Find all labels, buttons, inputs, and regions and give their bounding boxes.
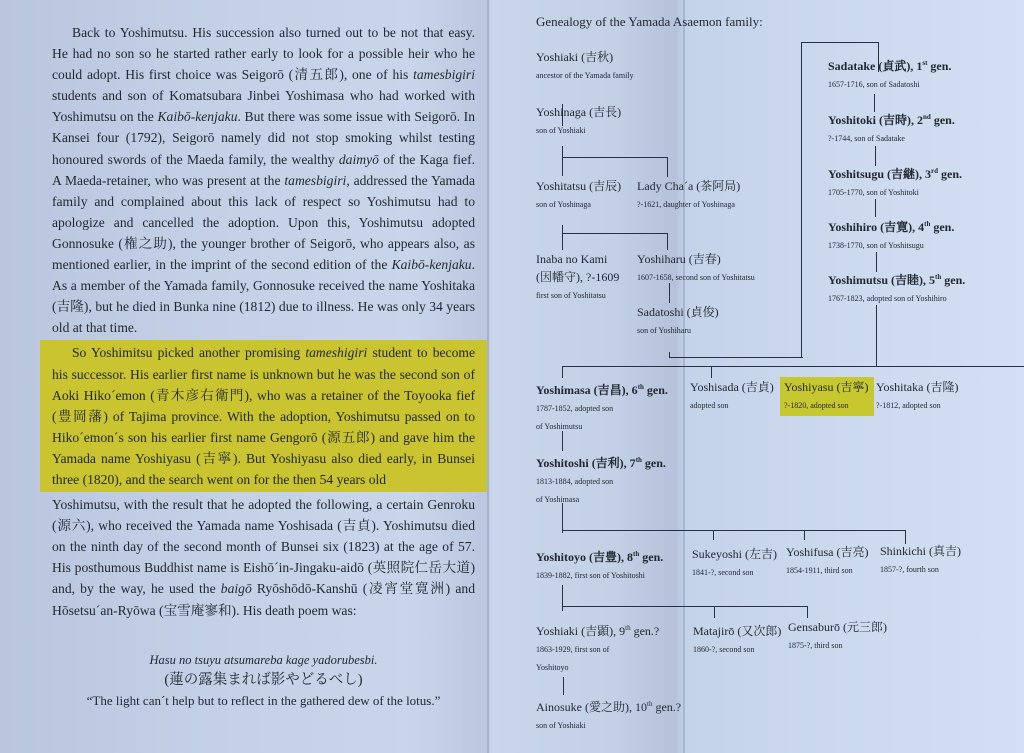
node-name-line2: (因幡守), ?-1609 <box>536 270 619 285</box>
node-shinkichi: Shinkichi (真吉) 1857-?, fourth son <box>880 544 961 576</box>
node-name: Yoshitaka (吉隆) <box>876 380 958 395</box>
node-matajiro: Matajirō (又次郎) 1860-?, second son <box>693 624 781 656</box>
node-yoshitatsu: Yoshitatsu (吉辰) son of Yoshinaga <box>536 179 621 211</box>
gen-label: gen. <box>642 456 666 470</box>
gen-label: gen. <box>644 383 668 397</box>
ordinal: nd <box>923 113 931 121</box>
node-desc: 1813-1884, adopted son <box>536 476 666 488</box>
ordinal: rd <box>931 167 938 175</box>
node-yoshimutsu: Yoshimutsu (吉睦), 5th gen. 1767-1823, ado… <box>828 270 965 305</box>
node-desc: 1839-1882, first son of Yoshitoshi <box>536 570 663 582</box>
node-yoshihiro: Yoshihiro (吉寛), 4th gen. 1738-1770, son … <box>828 217 954 252</box>
node-name: Gensaburō (元三郎) <box>788 620 887 635</box>
node-desc: ?-1820, adopted son <box>784 400 868 412</box>
node-name: Yoshifusa (吉亮) <box>786 545 868 560</box>
node-desc-line2: of Yoshimasa <box>536 494 666 506</box>
node-yoshiharu: Yoshiharu (吉春) 1607-1658, second son of … <box>637 252 755 284</box>
node-desc: 1705-1770, son of Yoshitoki <box>828 187 962 199</box>
node-name: Yoshitoki (吉時), 2 <box>828 113 923 127</box>
node-name: Ainosuke (愛之助), 10 <box>536 700 647 714</box>
node-gensaburo: Gensaburō (元三郎) 1875-?, third son <box>788 620 887 652</box>
node-desc-line2: Yoshitoyo <box>536 662 659 674</box>
node-desc: 1607-1658, second son of Yoshitatsu <box>637 272 755 284</box>
node-name: Sadatake (貞武), 1 <box>828 59 922 73</box>
node-desc: 1767-1823, adopted son of Yoshihiro <box>828 293 965 305</box>
node-desc: 1875-?, third son <box>788 640 887 652</box>
node-desc: ?-1812, adopted son <box>876 400 958 412</box>
node-name: Yoshiaki (吉秋) <box>536 50 634 65</box>
node-desc: son of Yoshiaki <box>536 125 621 137</box>
node-name: Yoshiharu (吉春) <box>637 252 755 267</box>
genealogy-title: Genealogy of the Yamada Asaemon family: <box>536 14 763 30</box>
node-desc: ancestor of the Yamada family <box>536 70 634 82</box>
node-desc: 1841-?, second son <box>692 567 777 579</box>
node-name: Sadatoshi (貞俊) <box>637 305 719 320</box>
node-yoshisada: Yoshisada (吉貞) adopted son <box>690 380 774 412</box>
node-yoshimasa: Yoshimasa (吉昌), 6th gen. 1787-1852, adop… <box>536 380 668 433</box>
genealogy-chart: Genealogy of the Yamada Asaemon family: … <box>0 0 1024 753</box>
node-name: Yoshinaga (吉長) <box>536 105 621 120</box>
node-name: Shinkichi (真吉) <box>880 544 961 559</box>
gen-label: gen. <box>938 167 962 181</box>
node-desc: 1857-?, fourth son <box>880 564 961 576</box>
node-desc: 1860-?, second son <box>693 644 781 656</box>
node-name: Yoshitoshi (吉利), 7 <box>536 456 636 470</box>
node-name: Yoshitatsu (吉辰) <box>536 179 621 194</box>
gen-label: gen. <box>639 550 663 564</box>
node-yoshinaga: Yoshinaga (吉長) son of Yoshiaki <box>536 105 621 137</box>
node-yoshifusa: Yoshifusa (吉亮) 1854-1911, third son <box>786 545 868 577</box>
node-desc: son of Yoshinaga <box>536 199 621 211</box>
node-sukeyoshi: Sukeyoshi (左吉) 1841-?, second son <box>692 547 777 579</box>
node-sadatoshi: Sadatoshi (貞俊) son of Yoshiharu <box>637 305 719 337</box>
gen-label: gen.? <box>652 700 681 714</box>
node-name: Yoshisada (吉貞) <box>690 380 774 395</box>
node-yoshiaki-9th: Yoshiaki (吉顕), 9th gen.? 1863-1929, firs… <box>536 621 659 674</box>
node-name: Yoshihiro (吉寛), 4 <box>828 220 924 234</box>
gen-label: gen. <box>931 113 955 127</box>
node-yoshitoyo: Yoshitoyo (吉豊), 8th gen. 1839-1882, firs… <box>536 547 663 582</box>
node-desc: 1854-1911, third son <box>786 565 868 577</box>
gen-label: gen. <box>930 220 954 234</box>
gen-label: gen. <box>927 59 951 73</box>
node-name: Yoshiyasu (吉寧) <box>784 380 868 395</box>
node-name: Yoshitoyo (吉豊), 8 <box>536 550 633 564</box>
node-desc: adopted son <box>690 400 774 412</box>
gen-label: gen.? <box>631 624 660 638</box>
node-ainosuke: Ainosuke (愛之助), 10th gen.? son of Yoshia… <box>536 697 681 732</box>
node-desc: ?-1744, son of Sadatake <box>828 133 955 145</box>
node-name: Lady Cha´a (茶阿局) <box>637 179 740 194</box>
node-desc: son of Yoshiharu <box>637 325 719 337</box>
node-desc: 1863-1929, first son of <box>536 644 659 656</box>
node-lady-cha: Lady Cha´a (茶阿局) ?-1621, daughter of Yos… <box>637 179 740 211</box>
node-desc: 1657-1716, son of Sadatoshi <box>828 79 951 91</box>
node-desc: son of Yoshiaki <box>536 720 681 732</box>
gen-label: gen. <box>941 273 965 287</box>
node-name: Yoshitsugu (吉継), 3 <box>828 167 931 181</box>
node-desc: ?-1621, daughter of Yoshinaga <box>637 199 740 211</box>
node-name: Yoshimasa (吉昌), 6 <box>536 383 638 397</box>
node-sadatake: Sadatake (貞武), 1st gen. 1657-1716, son o… <box>828 56 951 91</box>
node-inaba-no-kami: Inaba no Kami (因幡守), ?-1609 first son of… <box>536 252 619 302</box>
node-yoshitoki: Yoshitoki (吉時), 2nd gen. ?-1744, son of … <box>828 110 955 145</box>
node-name: Yoshimutsu (吉睦), 5 <box>828 273 935 287</box>
node-name: Matajirō (又次郎) <box>693 624 781 639</box>
node-yoshiaki-ancestor: Yoshiaki (吉秋) ancestor of the Yamada fam… <box>536 50 634 82</box>
node-yoshitaka: Yoshitaka (吉隆) ?-1812, adopted son <box>876 380 958 412</box>
node-desc: 1787-1852, adopted son <box>536 403 668 415</box>
node-desc: 1738-1770, son of Yoshitsugu <box>828 240 954 252</box>
node-yoshitsugu: Yoshitsugu (吉継), 3rd gen. 1705-1770, son… <box>828 164 962 199</box>
node-desc-line2: of Yoshimutsu <box>536 421 668 433</box>
node-name: Sukeyoshi (左吉) <box>692 547 777 562</box>
node-yoshitoshi: Yoshitoshi (吉利), 7th gen. 1813-1884, ado… <box>536 453 666 506</box>
node-desc: first son of Yoshitatsu <box>536 290 619 302</box>
node-name: Inaba no Kami <box>536 252 619 267</box>
node-name: Yoshiaki (吉顕), 9 <box>536 624 625 638</box>
node-yoshiyasu-highlighted: Yoshiyasu (吉寧) ?-1820, adopted son <box>780 377 874 416</box>
